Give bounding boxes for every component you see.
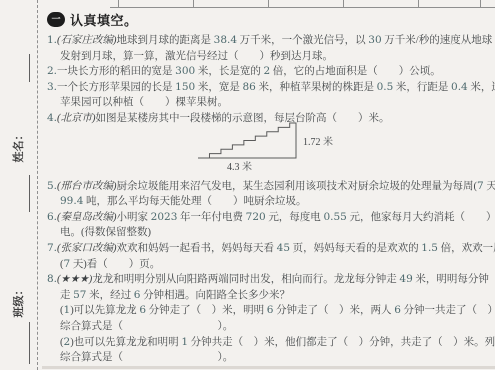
section-title: 认真填空。 [70, 10, 138, 29]
question-line: 7.(张家口改编)欢欢和妈妈一起看书，妈妈每天看 45 页，妈妈每天看的是欢欢的… [47, 241, 495, 257]
name-blank-line [29, 54, 30, 82]
question-line: 1.(石家庄改编)地球到月球的距离是 38.4 万千米，一个激光信号，以 30 … [47, 33, 495, 49]
section-number-badge: 一 [47, 12, 65, 27]
section-header: 一 认真填空。 [47, 10, 138, 28]
question-line: 综合算式是（ ）。 [47, 319, 495, 335]
question-list: 1.(石家庄改编)地球到月球的距离是 38.4 万千米，一个激光信号，以 30 … [47, 33, 495, 366]
question-line: 发射到月球，算一算，激光信号经过（ ）秒到达月球。 [47, 49, 495, 65]
staircase-figure: 1.72 米 4.3 米 [197, 120, 347, 172]
question-line: 苹果园可以种植（ ）棵苹果树。 [47, 95, 495, 111]
table-column-divider [193, 0, 194, 7]
table-column-divider [418, 0, 419, 7]
question-line: 3.一个长方形苹果园的长是 150 米，宽是 86 米，种植苹果树的株距是 0.… [47, 80, 495, 96]
question-line: (7 天)看（ ）页。 [47, 257, 495, 273]
table-column-divider [480, 0, 481, 7]
question-line: 综合算式是（ ）。 [47, 350, 495, 366]
question-line: 5.(邢台市改编)厨余垃圾能用来沼气发电，某生态园利用该项技术对厨余垃圾的处理量… [47, 179, 495, 195]
figure-base-label: 4.3 米 [227, 158, 252, 173]
scan-artifact [42, 366, 495, 369]
binding-perforation-line [37, 0, 38, 370]
question-line: (2)也可以先算龙龙和明明 1 分钟共走（ ）米，他们都走了（ ）分钟，共走了（… [47, 335, 495, 351]
table-column-divider [343, 0, 344, 7]
question-line: 电。(得数保留整数) [47, 225, 495, 241]
table-bottom-border [110, 7, 495, 8]
question-line: (1)可以先算龙龙 6 分钟走了（ ）米，明明 6 分钟走了（ ）米，两人 6 … [47, 303, 495, 319]
table-column-divider [268, 0, 269, 7]
question-line: 99.4 吨，那么平均每天能处理（ ）吨厨余垃圾。 [47, 194, 495, 210]
worksheet-page: 姓名： 班级： 一 认真填空。 1.(石家庄改编)地球到月球的距离是 38.4 … [0, 0, 495, 370]
staircase-drawing [197, 120, 299, 162]
margin-blank-line [29, 322, 30, 364]
class-blank-line [29, 175, 30, 212]
figure-height-label: 1.72 米 [303, 133, 333, 148]
question-line: 8.(★★★)龙龙和明明分别从向阳路两端同时出发，相向而行。龙龙每分钟走 49 … [47, 272, 495, 288]
question-line: 2.一块长方形的稻田的宽是 300 米，长是宽的 2 倍，它的占地面积是（ ）公… [47, 64, 495, 80]
class-label: 班级： [10, 285, 26, 318]
question-line: 走 57 米，经过 6 分钟相遇。向阳路全长多少米？ [47, 288, 495, 304]
question-line: 6.(秦皇岛改编)小明家 2023 年一年付电费 720 元，每度电 0.55 … [47, 210, 495, 226]
table-column-divider [118, 0, 119, 7]
name-label: 姓名： [10, 130, 26, 163]
